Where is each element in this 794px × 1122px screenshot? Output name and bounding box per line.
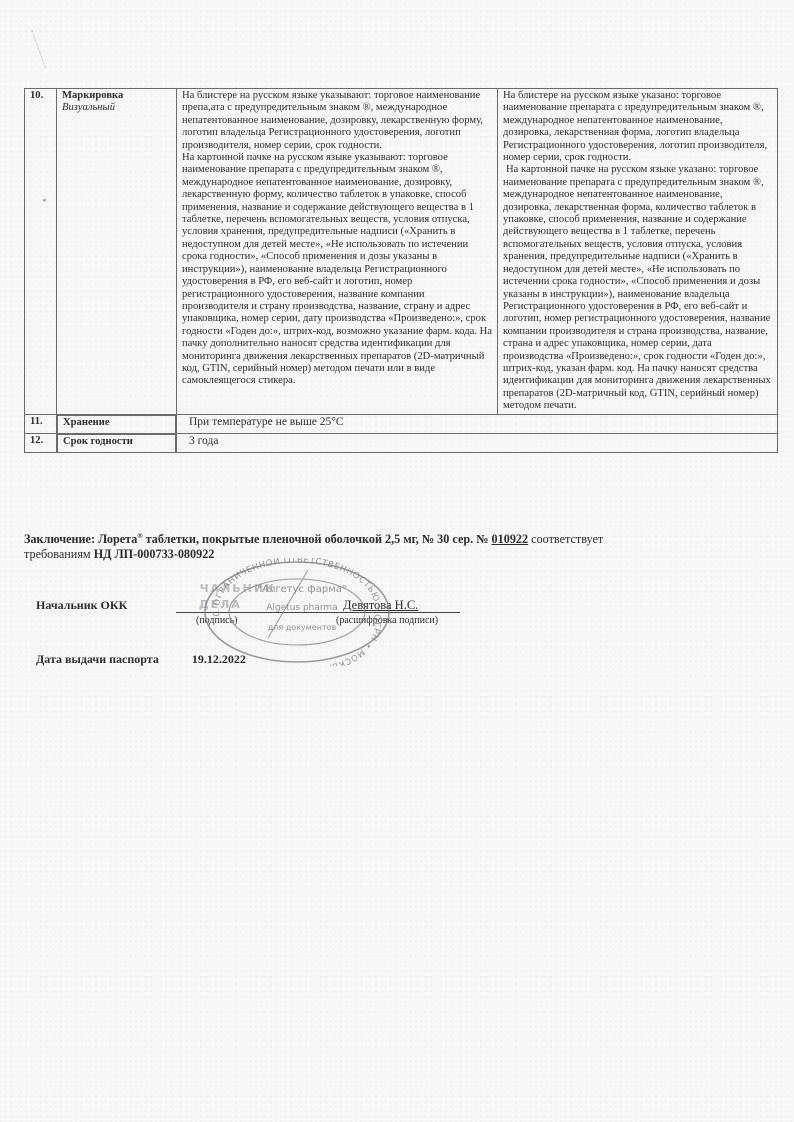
requirement-carton: На картонной пачке на русском языке указ… — [182, 152, 493, 388]
quality-passport-table: 10. Маркировка Визуальный На блистере на… — [24, 88, 778, 453]
signature-block: Начальник ОКК Девятова Н.С. (подпись) (р… — [36, 598, 736, 638]
signature-caption: (подпись) — [196, 615, 238, 626]
parameter-cell: Маркировка Визуальный — [57, 89, 177, 415]
scan-artifact — [31, 28, 51, 68]
requirement-blister: На блистере на русском языке указывают: … — [182, 90, 493, 152]
margin-mark: * — [42, 197, 47, 207]
parameter-name: Хранение — [57, 415, 176, 434]
signer-position: Начальник ОКК — [36, 598, 127, 613]
conclusion-conforms: соответствует — [528, 532, 603, 546]
signer-name: Девятова Н.С. — [343, 598, 418, 613]
issue-date: Дата выдачи паспорта 19.12.2022 — [36, 652, 246, 667]
result-blister: На блистере на русском языке указано: то… — [503, 90, 773, 164]
parameter-name: Маркировка — [62, 90, 172, 102]
conclusion-product: таблетки, покрытые пленочной оболочкой 2… — [143, 532, 492, 546]
parameter-value: При температуре не выше 25°C — [177, 414, 778, 434]
nd-number: НД ЛП-000733-080922 — [94, 547, 215, 561]
batch-number: 010922 — [492, 532, 529, 546]
stamp-line-1: "Алгетус фарма" — [258, 584, 347, 595]
requirements-label: требованиям — [24, 547, 94, 561]
document-page: 10. Маркировка Визуальный На блистере на… — [0, 0, 794, 1122]
conclusion-prefix: Заключение: Лорета — [24, 532, 137, 546]
table-row: 12. Срок годности 3 года — [25, 434, 778, 453]
table-row: 11. Хранение При температуре не выше 25°… — [25, 414, 778, 434]
row-number: 10. — [25, 89, 57, 415]
table-row: 10. Маркировка Визуальный На блистере на… — [25, 89, 778, 415]
requirement-cell: На блистере на русском языке указывают: … — [177, 89, 498, 415]
parameter-name: Срок годности — [57, 434, 176, 453]
conclusion: Заключение: Лорета® таблетки, покрытые п… — [24, 529, 784, 562]
row-number: 11. — [25, 414, 57, 434]
stamp-overprint-1: НАЧАЛЬНИК — [198, 582, 276, 595]
row-number: 12. — [25, 434, 57, 453]
parameter-value: 3 года — [177, 434, 778, 453]
result-carton: На картонной пачке на русском языке указ… — [503, 164, 773, 412]
decoding-caption: (расшифровка подписи) — [336, 615, 438, 626]
result-cell: На блистере на русском языке указано: то… — [498, 89, 778, 415]
issue-date-value: 19.12.2022 — [192, 652, 246, 666]
issue-date-label: Дата выдачи паспорта — [36, 652, 159, 666]
test-method: Визуальный — [62, 102, 172, 114]
